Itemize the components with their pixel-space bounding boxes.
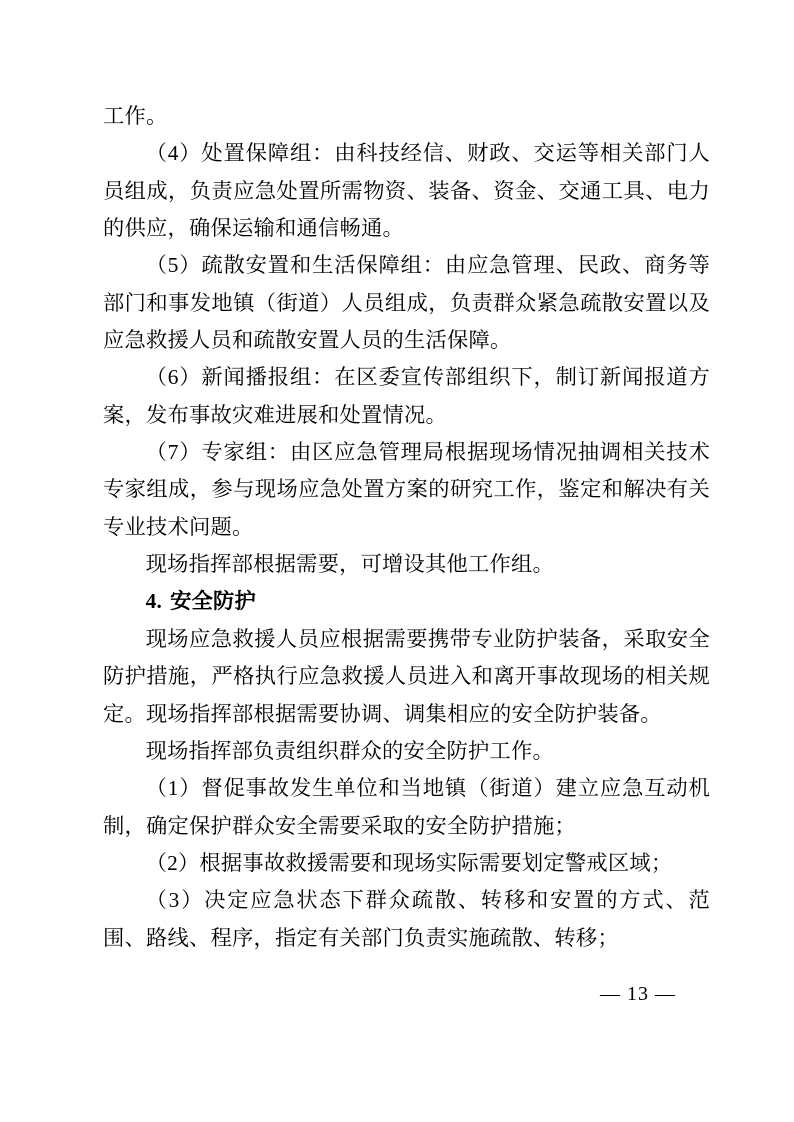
section-heading-safety-protection: 4.安全防护 [103,583,710,620]
paragraph-measure-3: （3）决定应急状态下群众疏散、转移和安置的方式、范围、路线、程序，指定有关部门负… [103,882,710,957]
paragraph-add-other-groups: 现场指挥部根据需要，可增设其他工作组。 [103,546,710,583]
section-heading-title: 安全防护 [170,589,256,614]
document-page: 工作。 （4）处置保障组：由科技经信、财政、交运等相关部门人员组成，负责应急处置… [0,0,794,1122]
paragraph-list-item-6: （6）新闻播报组：在区委宣传部组织下，制订新闻报道方案，发布事故灾难进展和处置情… [103,359,710,434]
paragraph-public-protection-lead: 现场指挥部负责组织群众的安全防护工作。 [103,733,710,770]
paragraph-continuation: 工作。 [103,98,710,135]
paragraph-measure-2: （2）根据事故救援需要和现场实际需要划定警戒区域； [103,845,710,882]
paragraph-list-item-5: （5）疏散安置和生活保障组：由应急管理、民政、商务等部门和事发地镇（街道）人员组… [103,247,710,359]
page-number: — 13 — [600,983,676,1006]
paragraph-rescuer-protective-equipment: 现场应急救援人员应根据需要携带专业防护装备，采取安全防护措施，严格执行应急救援人… [103,621,710,733]
paragraph-list-item-4: （4）处置保障组：由科技经信、财政、交运等相关部门人员组成，负责应急处置所需物资… [103,135,710,247]
section-heading-number: 4. [146,589,162,613]
paragraph-list-item-7: （7）专家组：由区应急管理局根据现场情况抽调相关技术专家组成，参与现场应急处置方… [103,434,710,546]
document-text-block: 工作。 （4）处置保障组：由科技经信、财政、交运等相关部门人员组成，负责应急处置… [103,98,710,957]
paragraph-measure-1: （1）督促事故发生单位和当地镇（街道）建立应急互动机制，确定保护群众安全需要采取… [103,770,710,845]
